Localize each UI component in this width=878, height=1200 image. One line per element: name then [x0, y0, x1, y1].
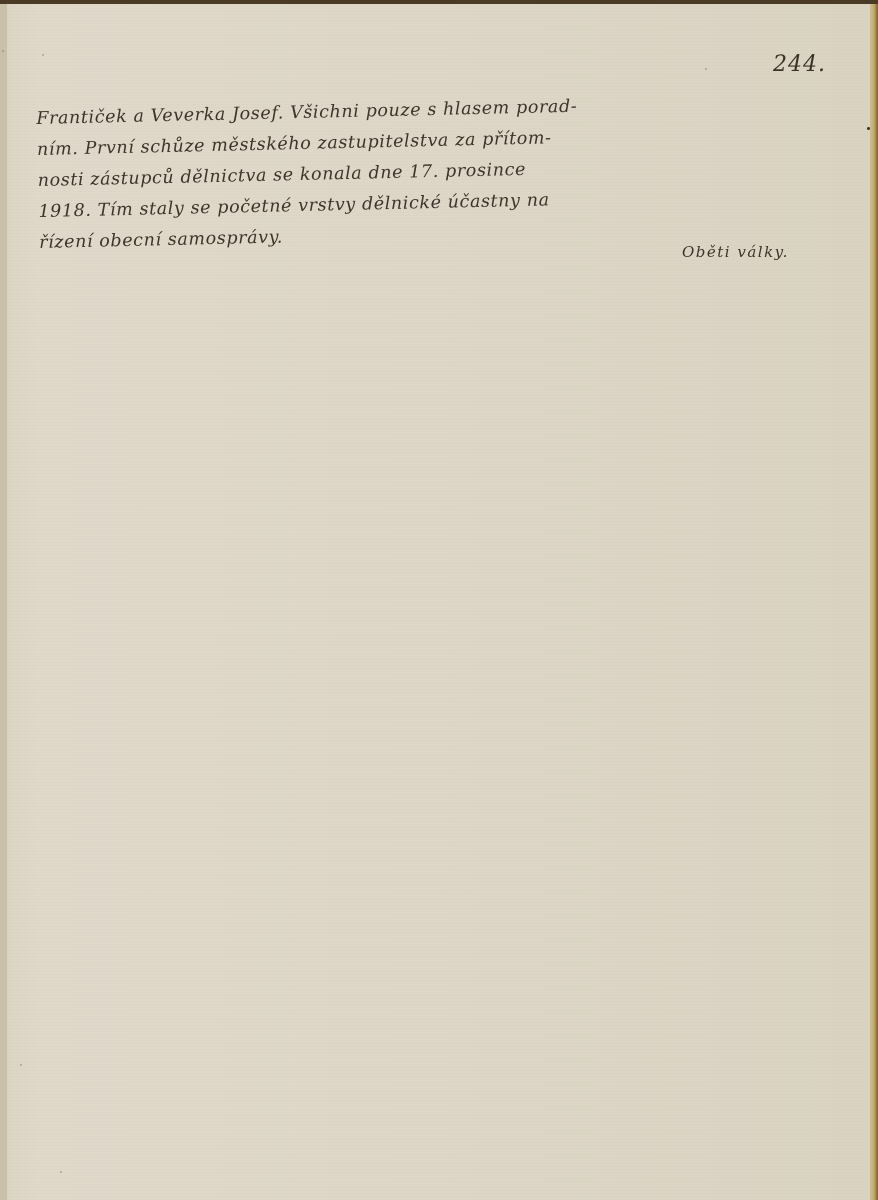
margin-heading: Oběti války.: [682, 243, 789, 261]
paper-speck: [60, 1171, 62, 1173]
paper-speck: [2, 50, 4, 52]
paper-speck: [42, 54, 44, 56]
ink-spot: [867, 127, 870, 130]
paper-speck: [20, 1064, 22, 1066]
handwritten-paragraph: Frantiček a Veverka Josef. Všichni pouze…: [36, 89, 689, 259]
paper-speck: [705, 68, 707, 70]
page-number: 244.: [773, 52, 826, 77]
page-binding-edge: [870, 4, 878, 1200]
page-gutter: [0, 4, 7, 1200]
